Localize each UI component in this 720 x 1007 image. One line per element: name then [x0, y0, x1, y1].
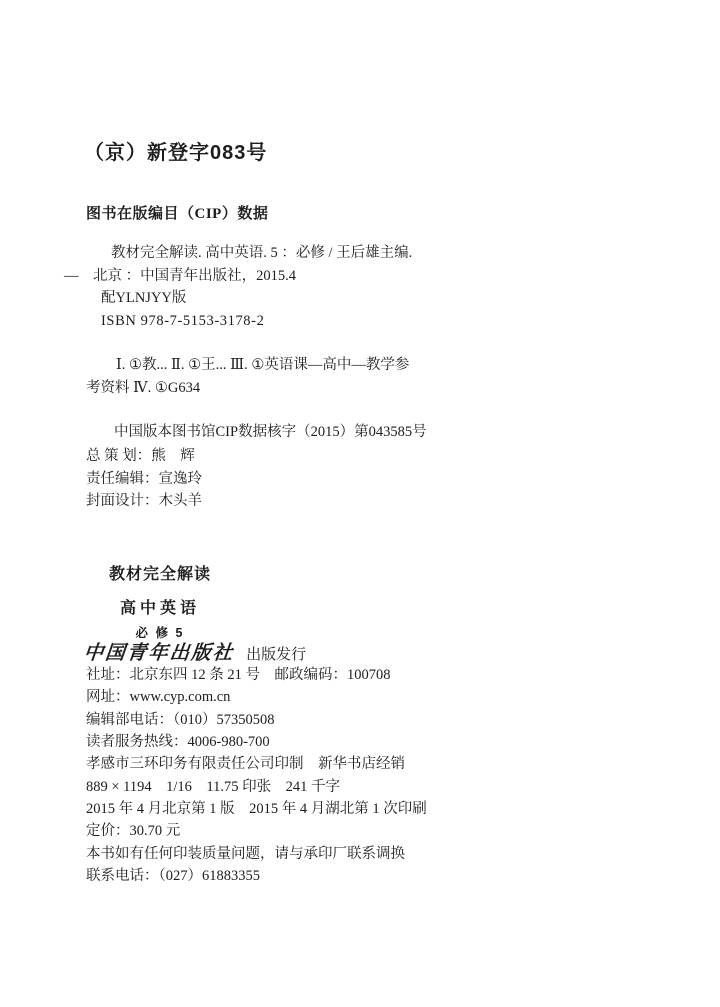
cip-description: 教材完全解读. 高中英语. 5 ：必修 / 王后雄主编. — 北京 ：中国青年出… — [64, 242, 412, 332]
cip-classification-line: 考资料 Ⅳ. ①G634 — [86, 377, 409, 400]
staff-line-chief-planner: 总 策 划：熊 辉 — [86, 445, 202, 468]
registration-number: （京）新登字083号 — [84, 136, 267, 165]
book-title-series: 教材完全解读 — [64, 561, 256, 584]
colophon-line-price: 定价：30.70 元 — [86, 820, 427, 842]
cip-classification-line: Ⅰ. ①教... Ⅱ. ①王... Ⅲ. ①英语课—高中—教学参 — [86, 354, 409, 377]
colophon-line-address: 社址：北京东四 12 条 21 号 邮政编码：100708 — [86, 664, 427, 686]
colophon-line-contact-phone: 联系电话：（027）61883355 — [86, 865, 427, 887]
colophon-line-printer: 孝感市三环印务有限责任公司印制 新华书店经销 — [86, 753, 427, 775]
colophon-line-quality-notice: 本书如有任何印装质量问题，请与承印厂联系调换 — [86, 843, 427, 865]
publisher-line: 中国青年出版社 出版发行 — [84, 637, 306, 665]
cip-record-number: 中国版本图书馆CIP数据核字（2015）第043585号 — [86, 420, 427, 441]
publisher-suffix: 出版发行 — [246, 647, 306, 663]
colophon-line-service-hotline: 读者服务热线：4006-980-700 — [86, 731, 427, 753]
cip-description-line: 教材完全解读. 高中英语. 5 ：必修 / 王后雄主编. — [64, 242, 412, 265]
colophon-line-edition: 2015 年 4 月北京第 1 版 2015 年 4 月湖北第 1 次印刷 — [86, 798, 427, 820]
colophon: 社址：北京东四 12 条 21 号 邮政编码：100708 网址：www.cyp… — [86, 664, 427, 887]
staff-credits: 总 策 划：熊 辉 责任编辑：宣逸玲 封面设计：木头羊 — [86, 445, 202, 513]
staff-line-cover-designer: 封面设计：木头羊 — [86, 490, 202, 513]
publisher-logo: 中国青年出版社 — [83, 637, 236, 665]
cip-description-line: — 北京 ：中国青年出版社，2015.4 — [64, 265, 412, 288]
cip-heading: 图书在版编目（CIP）数据 — [86, 202, 268, 223]
cip-isbn-line: ISBN 978-7-5153-3178-2 — [64, 310, 412, 333]
cip-description-line: 配YLNJYY版 — [64, 287, 412, 310]
cip-classification: Ⅰ. ①教... Ⅱ. ①王... Ⅲ. ①英语课—高中—教学参 考资料 Ⅳ. … — [86, 354, 409, 400]
colophon-line-format: 889 × 1194 1/16 11.75 印张 241 千字 — [86, 776, 427, 798]
colophon-line-website: 网址：www.cyp.com.cn — [86, 686, 427, 708]
book-title: 教材完全解读 高中英语 必 修 5 — [64, 561, 256, 641]
colophon-line-editorial-phone: 编辑部电话：（010）57350508 — [86, 709, 427, 731]
staff-line-responsible-editor: 责任编辑：宣逸玲 — [86, 468, 202, 491]
book-title-subject: 高中英语 — [64, 595, 256, 618]
copyright-page: （京）新登字083号 图书在版编目（CIP）数据 教材完全解读. 高中英语. 5… — [0, 0, 720, 1007]
